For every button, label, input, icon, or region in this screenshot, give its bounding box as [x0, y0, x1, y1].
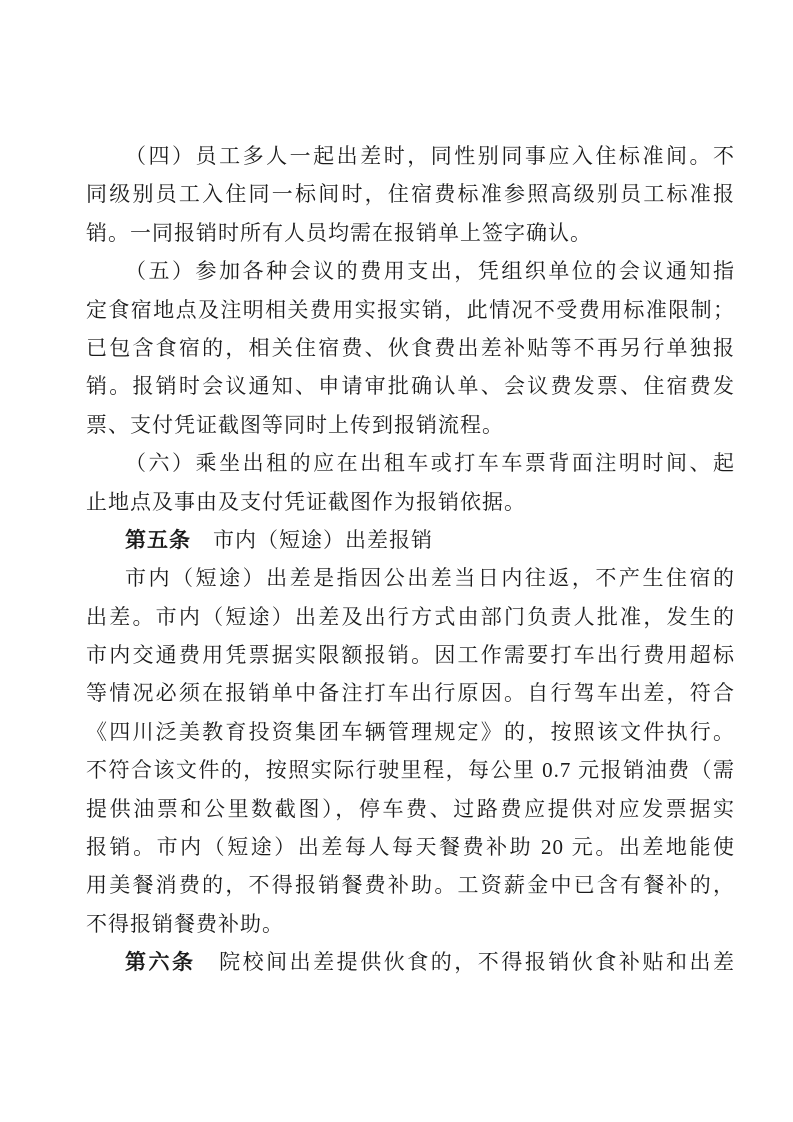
text-line: 出差。市内（短途）出差及出行方式由部门负责人批准，发生的 [86, 598, 735, 636]
article-heading-line: 第六条 院校间出差提供伙食的，不得报销伙食补贴和出差 [86, 943, 735, 981]
document-body: （四）员工多人一起出差时，同性别同事应入住标准间。不同级别员工入住同一标间时，住… [86, 137, 735, 982]
article-number: 第五条 [125, 528, 191, 552]
text-line: 等情况必须在报销单中备注打车出行原因。自行驾车出差，符合 [86, 674, 735, 712]
text-line: 同级别员工入住同一标间时，住宿费标准参照高级别员工标准报 [86, 175, 735, 213]
text-line: 定食宿地点及注明相关费用实报实销，此情况不受费用标准限制； [86, 291, 735, 329]
text-line: 用美餐消费的，不得报销餐费补助。工资薪金中已含有餐补的， [86, 866, 735, 904]
text-line: 止地点及事由及支付凭证截图作为报销依据。 [86, 483, 735, 521]
text-line: （六）乘坐出租的应在出租车或打车车票背面注明时间、起 [86, 444, 735, 482]
text-line: （四）员工多人一起出差时，同性别同事应入住标准间。不 [86, 137, 735, 175]
document-page: （四）员工多人一起出差时，同性别同事应入住标准间。不同级别员工入住同一标间时，住… [0, 0, 793, 1122]
text-line: （五）参加各种会议的费用支出，凭组织单位的会议通知指 [86, 252, 735, 290]
text-line: 不符合该文件的，按照实际行驶里程，每公里 0.7 元报销油费（需 [86, 751, 735, 789]
text-line: 不得报销餐费补助。 [86, 905, 735, 943]
text-line: 票、支付凭证截图等同时上传到报销流程。 [86, 406, 735, 444]
text-line: 提供油票和公里数截图），停车费、过路费应提供对应发票据实 [86, 790, 735, 828]
text-line: 已包含食宿的，相关住宿费、伙食费出差补贴等不再另行单独报 [86, 329, 735, 367]
text-line: 销。报销时会议通知、申请审批确认单、会议费发票、住宿费发 [86, 367, 735, 405]
text-line: 报销。市内（短途）出差每人每天餐费补助 20 元。出差地能使 [86, 828, 735, 866]
text-line: 销。一同报销时所有人员均需在报销单上签字确认。 [86, 214, 735, 252]
article-heading-line: 第五条 市内（短途）出差报销 [86, 521, 735, 559]
text-line: 市内交通费用凭票据实限额报销。因工作需要打车出行费用超标 [86, 636, 735, 674]
text-line: 市内（短途）出差是指因公出差当日内往返，不产生住宿的 [86, 559, 735, 597]
text-line: 《四川泛美教育投资集团车辆管理规定》的，按照该文件执行。 [86, 713, 735, 751]
article-number: 第六条 [125, 950, 196, 974]
